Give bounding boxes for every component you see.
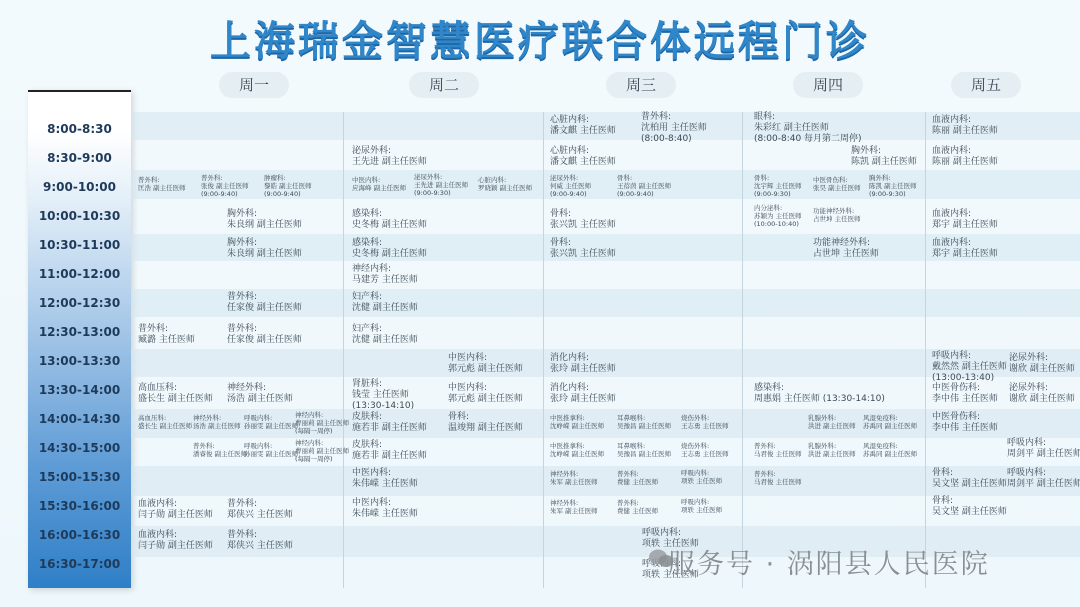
time-slot-label: 12:00-12:30 [28,296,131,310]
clinic-entry: 骨科:吴文坚 副主任医师 [932,468,1007,490]
clinic-entry: 胸外科:朱良纲 副主任医师 [227,238,302,260]
clinic-entry: 血液内科:陈丽 副主任医师 [932,115,998,137]
day-header-wed: 周三 [606,72,676,98]
page-title: 上海瑞金智慧医疗联合体远程门诊 [0,8,1080,67]
time-slot-label: 9:00-10:00 [28,180,131,194]
clinic-entry: 乳腺外科:洪进 副主任医师 [808,442,856,458]
clinic-entry: 消化内科:张玲 副主任医师 [550,383,616,405]
clinic-entry: 普外科:费健 主任医师 [617,470,658,486]
clinic-entry: 肾脏科:钱莹 主任医师(13:30-14:10) [352,379,414,412]
clinic-entry: 心脏内科:潘文麒 主任医师 [550,146,616,168]
clinic-entry: 普外科:潘睿俊 副主任医师 [193,442,247,458]
clinic-entry: 普外科:张俊 副主任医师(9:00-9:40) [201,174,249,198]
clinic-entry: 中医推拿科:沈峥嵘 副主任医师 [550,414,604,430]
clinic-entry: 呼吸内科:项轶 主任医师 [681,498,722,514]
clinic-entry: 心脏内科:潘文麒 主任医师 [550,115,616,137]
clinic-entry: 胸外科:陈凯 副主任医师 [851,146,917,168]
clinic-entry: 普外科:任家俊 副主任医师 [227,324,302,346]
clinic-entry: 中医骨伤科:张昊 副主任医师 [813,176,861,192]
clinic-entry: 神经外科:朱军 副主任医师 [550,470,598,486]
time-slot-label: 10:00-10:30 [28,209,131,223]
clinic-entry: 呼吸内科:周剑平 副主任医师 [1007,438,1080,460]
clinic-entry: 骨科:吴文坚 副主任医师 [932,496,1007,518]
time-slot-label: 16:00-16:30 [28,528,131,542]
clinic-entry: 神经外科:朱军 副主任医师 [550,499,598,515]
clinic-entry: 中医内科:郭元彪 副主任医师 [448,353,523,375]
day-header-fri: 周五 [951,72,1021,98]
day-header-tue: 周二 [409,72,479,98]
clinic-entry: 骨科:张兴凯 主任医师 [550,238,616,260]
time-slot-label: 14:00-14:30 [28,412,131,426]
schedule-grid: 普外科:匡浩 副主任医师 普外科:张俊 副主任医师(9:00-9:40) 肿瘤科… [131,112,1080,588]
clinic-entry: 泌尿外科:王先进 副主任医师(9:00-9:30) [414,173,468,197]
clinic-entry: 风湿免疫科:苏禹同 副主任医师 [863,442,917,458]
time-slot-label: 13:30-14:00 [28,383,131,397]
clinic-entry: 骨科:沈宇辉 主任医师(9:00-9:30) [754,174,802,198]
clinic-entry: 胸外科:朱良纲 副主任医师 [227,209,302,231]
clinic-entry: 烧伤外科:王志勇 主任医师 [681,414,729,430]
day-header-mon: 周一 [219,72,289,98]
watermark-text: 服务号 · 涡阳县人民医院 [668,542,990,581]
clinic-entry: 内分泌科:苏颖为 主任医师(10:00-10:40) [754,204,802,228]
clinic-entry: 感染科:周惠娟 主任医师 (13:30-14:10) [754,383,885,405]
clinic-entry: 妇产科:沈健 副主任医师 [352,324,418,346]
clinic-entry: 泌尿外科:谢欣 副主任医师 [1009,383,1075,405]
clinic-entry: 普外科:费健 主任医师 [617,499,658,515]
time-slot-label: 16:30-17:00 [28,557,131,571]
time-slot-label: 8:30-9:00 [28,151,131,165]
clinic-entry: 耳鼻喉科:吴豫昌 副主任医师 [617,414,671,430]
clinic-entry: 功能神经外科:占世坤 主任医师 [813,207,861,223]
clinic-entry: 眼科:朱彩红 副主任医师(8:00-8:40 每月第二周停) [754,112,862,145]
clinic-entry: 风湿免疫科:苏禹同 副主任医师 [863,414,917,430]
clinic-entry: 胸外科:陈凯 副主任医师(9:00-9:30) [869,174,917,198]
clinic-entry: 骨科:温竣翔 副主任医师 [448,412,523,434]
clinic-entry: 神经内科:曹丽莉 副主任医师(每隔一周停) [295,439,349,463]
clinic-entry: 普外科:马君俊 主任医师 [754,470,802,486]
clinic-entry: 普外科:郑侠兴 主任医师 [227,530,293,552]
clinic-entry: 血液内科:郑宇 副主任医师 [932,238,998,260]
clinic-entry: 乳腺外科:洪进 副主任医师 [808,414,856,430]
clinic-entry: 血液内科:陈丽 副主任医师 [932,146,998,168]
clinic-entry: 高血压科:盛长生 副主任医师 [138,414,192,430]
time-slot-label: 15:00-15:30 [28,470,131,484]
clinic-entry: 呼吸内科:戴然然 副主任医师(13:00-13:40) [932,351,1007,384]
clinic-entry: 中医骨伤科:李中伟 主任医师 [932,412,998,434]
clinic-entry: 普外科:沈柏用 主任医师(8:00-8:40) [641,112,707,145]
column-divider [343,112,344,588]
clinic-entry: 血液内科:闫子勋 副主任医师 [138,499,213,521]
clinic-entry: 呼吸内科:孙丽雯 副主任医师 [244,442,298,458]
clinic-entry: 骨科:张兴凯 主任医师 [550,209,616,231]
time-column: 8:00-8:30 8:30-9:00 9:00-10:00 10:00-10:… [28,90,131,588]
column-divider [925,112,926,588]
clinic-entry: 神经外科:汤浩 副主任医师 [193,414,241,430]
time-slot-label: 14:30-15:00 [28,441,131,455]
clinic-entry: 中医内科:朱伟嵘 主任医师 [352,468,418,490]
clinic-entry: 中医内科:郭元彪 副主任医师 [448,383,523,405]
clinic-entry: 耳鼻喉科:吴豫昌 副主任医师 [617,442,671,458]
clinic-entry: 中医骨伤科:李中伟 主任医师 [932,383,998,405]
clinic-entry: 呼吸内科:孙丽雯 副主任医师 [244,414,298,430]
clinic-entry: 神经外科:汤浩 副主任医师 [227,383,293,405]
clinic-entry: 烧伤外科:王志勇 主任医师 [681,442,729,458]
clinic-entry: 神经内科:马建芳 主任医师 [352,264,418,286]
clinic-entry: 普外科:臧潞 主任医师 [138,324,195,346]
clinic-entry: 中医推拿科:沈峥嵘 副主任医师 [550,442,604,458]
time-slot-label: 11:00-12:00 [28,267,131,281]
clinic-entry: 中医内科:应海峰 副主任医师 [352,176,406,192]
clinic-entry: 高血压科:盛长生 副主任医师 [138,383,213,405]
clinic-entry: 皮肤科:施若非 副主任医师 [352,440,427,462]
clinic-entry: 肿瘤科:黎皓 副主任医师(9:00-9:40) [264,174,312,198]
clinic-entry: 普外科:匡浩 副主任医师 [138,176,186,192]
clinic-entry: 血液内科:闫子勋 副主任医师 [138,530,213,552]
clinic-entry: 血液内科:郑宇 副主任医师 [932,209,998,231]
day-header-thu: 周四 [793,72,863,98]
column-divider [543,112,544,588]
clinic-entry: 呼吸内科:项轶 主任医师 [681,469,722,485]
clinic-entry: 消化内科:张玲 副主任医师 [550,353,616,375]
time-slot-label: 13:00-13:30 [28,354,131,368]
clinic-entry: 妇产科:沈健 副主任医师 [352,292,418,314]
clinic-entry: 泌尿外科:谢欣 副主任医师 [1009,353,1075,375]
time-slot-label: 15:30-16:00 [28,499,131,513]
time-slot-label: 12:30-13:00 [28,325,131,339]
clinic-entry: 皮肤科:施若非 副主任医师 [352,412,427,434]
clinic-entry: 普外科:郑侠兴 主任医师 [227,499,293,521]
clinic-entry: 骨科:王蓓茵 副主任医师(9:00-9:40) [617,174,671,198]
clinic-entry: 心脏内科:罗晓颖 副主任医师 [478,176,532,192]
column-divider [742,112,743,588]
clinic-entry: 感染科:史冬梅 副主任医师 [352,238,427,260]
clinic-entry: 普外科:任家俊 副主任医师 [227,292,302,314]
clinic-entry: 普外科:马君俊 主任医师 [754,442,802,458]
clinic-entry: 感染科:史冬梅 副主任医师 [352,209,427,231]
clinic-entry: 功能神经外科:占世坤 主任医师 [813,238,879,260]
clinic-entry: 泌尿外科:王先进 副主任医师 [352,146,427,168]
clinic-entry: 中医内科:朱伟嵘 主任医师 [352,498,418,520]
clinic-entry: 泌尿外科:何威 主任医师(9:00-9:40) [550,174,591,198]
time-slot-label: 10:30-11:00 [28,238,131,252]
time-slot-label: 8:00-8:30 [28,122,131,136]
clinic-entry: 呼吸内科:周剑平 副主任医师 [1007,468,1080,490]
row-band [131,261,1080,289]
clinic-entry: 神经内科:曹丽莉 副主任医师(每隔一周停) [295,411,349,435]
